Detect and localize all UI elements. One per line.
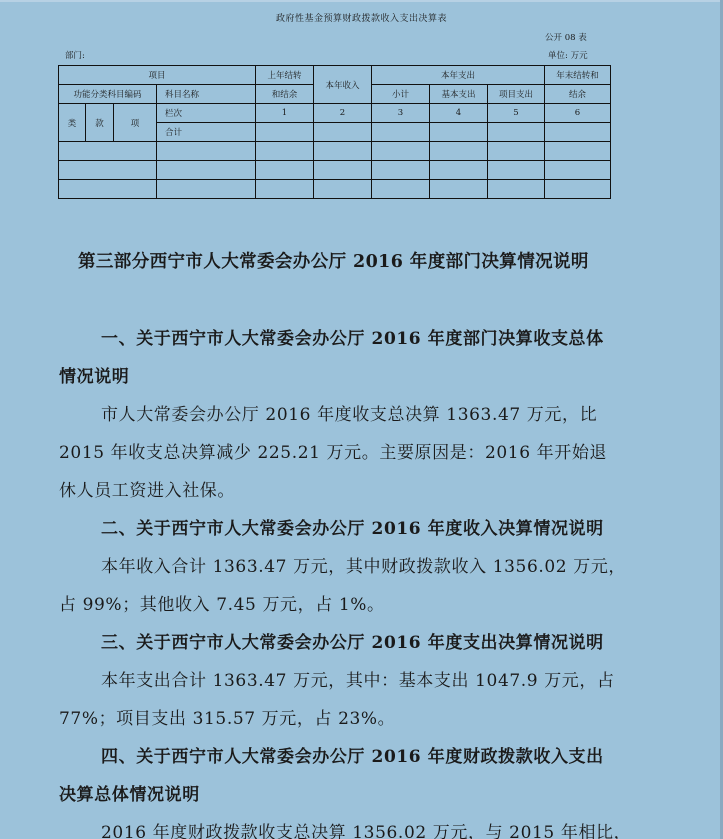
table-cell <box>430 180 488 199</box>
table-cell <box>488 161 545 180</box>
section-1-body: 市人大常委会办公厅 2016 年度收支总决算 1363.47 万元，比 <box>101 400 597 425</box>
header-row-1: 项目 上年结转 本年收入 本年支出 年末结转和 <box>59 66 611 85</box>
table-cell <box>372 161 430 180</box>
section-4-body: 2016 年度财政拨款收支总决算 1356.02 万元，与 2015 年相比， <box>101 818 631 839</box>
table-cell <box>488 142 545 161</box>
col-num-6: 6 <box>545 104 611 123</box>
col-num-5: 5 <box>488 104 545 123</box>
page-top-edge <box>0 0 723 2</box>
section-3-body: 77%；项目支出 315.57 万元，占 23%。 <box>59 704 395 729</box>
table-cell <box>256 180 314 199</box>
total-label: 合计 <box>157 123 256 142</box>
table-cell <box>314 142 372 161</box>
section-4-heading-cont: 决算总体情况说明 <box>59 780 200 805</box>
table-cell <box>157 180 256 199</box>
col-num-1: 1 <box>256 104 314 123</box>
header-subtotal: 小计 <box>372 85 430 104</box>
table-cell <box>314 180 372 199</box>
table-cell <box>372 123 430 142</box>
table-cell <box>372 142 430 161</box>
header-year-end-carryover: 年末结转和 <box>545 66 611 85</box>
table-cell <box>157 142 256 161</box>
table-row <box>59 180 611 199</box>
table-cell <box>545 142 611 161</box>
department-label: 部门: <box>65 49 85 61</box>
table-cell <box>488 180 545 199</box>
section-4-heading: 四、关于西宁市人大常委会办公厅 2016 年度财政拨款收入支出 <box>101 742 604 767</box>
col-num-2: 2 <box>314 104 372 123</box>
column-index-row: 类 款 项 栏次 1 2 3 4 5 6 <box>59 104 611 123</box>
code-col-section: 款 <box>86 104 114 142</box>
table-row <box>59 142 611 161</box>
header-current-expense: 本年支出 <box>372 66 545 85</box>
table-cell <box>430 123 488 142</box>
header-basic-expense: 基本支出 <box>430 85 488 104</box>
table-cell <box>372 180 430 199</box>
table-cell <box>256 123 314 142</box>
header-project-expense: 项目支出 <box>488 85 545 104</box>
section-3-heading: 三、关于西宁市人大常委会办公厅 2016 年度支出决算情况说明 <box>101 628 604 653</box>
header-prior-carryover-2: 和结余 <box>256 85 314 104</box>
column-index-label: 栏次 <box>157 104 256 123</box>
header-subject-name: 科目名称 <box>157 85 256 104</box>
header-prior-carryover: 上年结转 <box>256 66 314 85</box>
code-col-item: 项 <box>114 104 157 142</box>
col-num-3: 3 <box>372 104 430 123</box>
table-cell <box>59 180 157 199</box>
section-2-body: 占 99%；其他收入 7.45 万元，占 1%。 <box>59 590 385 615</box>
form-title: 政府性基金预算财政拨款收入支出决算表 <box>0 11 723 24</box>
header-func-code: 功能分类科目编码 <box>59 85 157 104</box>
budget-table: 项目 上年结转 本年收入 本年支出 年末结转和 功能分类科目编码 科目名称 和结… <box>58 65 611 199</box>
unit-label: 单位: 万元 <box>548 49 588 61</box>
header-year-end-2: 结余 <box>545 85 611 104</box>
table-cell <box>430 142 488 161</box>
section-2-body: 本年收入合计 1363.47 万元，其中财政拨款收入 1356.02 万元， <box>101 552 626 577</box>
table-cell <box>256 161 314 180</box>
header-project: 项目 <box>59 66 256 85</box>
section-1-heading: 一、关于西宁市人大常委会办公厅 2016 年度部门决算收支总体 <box>101 324 604 349</box>
section-2-heading: 二、关于西宁市人大常委会办公厅 2016 年度收入决算情况说明 <box>101 514 604 539</box>
table-cell <box>59 142 157 161</box>
table-cell <box>545 123 611 142</box>
part-title: 第三部分西宁市人大常委会办公厅 2016 年度部门决算情况说明 <box>78 248 589 273</box>
table-cell <box>488 123 545 142</box>
section-1-heading-cont: 情况说明 <box>59 362 129 387</box>
table-cell <box>157 161 256 180</box>
table-cell <box>314 161 372 180</box>
section-1-body: 休人员工资进入社保。 <box>59 476 235 501</box>
code-col-category: 类 <box>59 104 86 142</box>
table-cell <box>314 123 372 142</box>
table-cell <box>59 161 157 180</box>
table-cell <box>430 161 488 180</box>
table-cell <box>545 180 611 199</box>
table-row <box>59 161 611 180</box>
section-3-body: 本年支出合计 1363.47 万元，其中：基本支出 1047.9 万元，占 <box>101 666 615 691</box>
table-cell <box>545 161 611 180</box>
form-code: 公开 08 表 <box>545 31 587 43</box>
header-current-income: 本年收入 <box>314 66 372 104</box>
col-num-4: 4 <box>430 104 488 123</box>
section-1-body: 2015 年收支总决算减少 225.21 万元。主要原因是：2016 年开始退 <box>59 438 607 463</box>
table-cell <box>256 142 314 161</box>
